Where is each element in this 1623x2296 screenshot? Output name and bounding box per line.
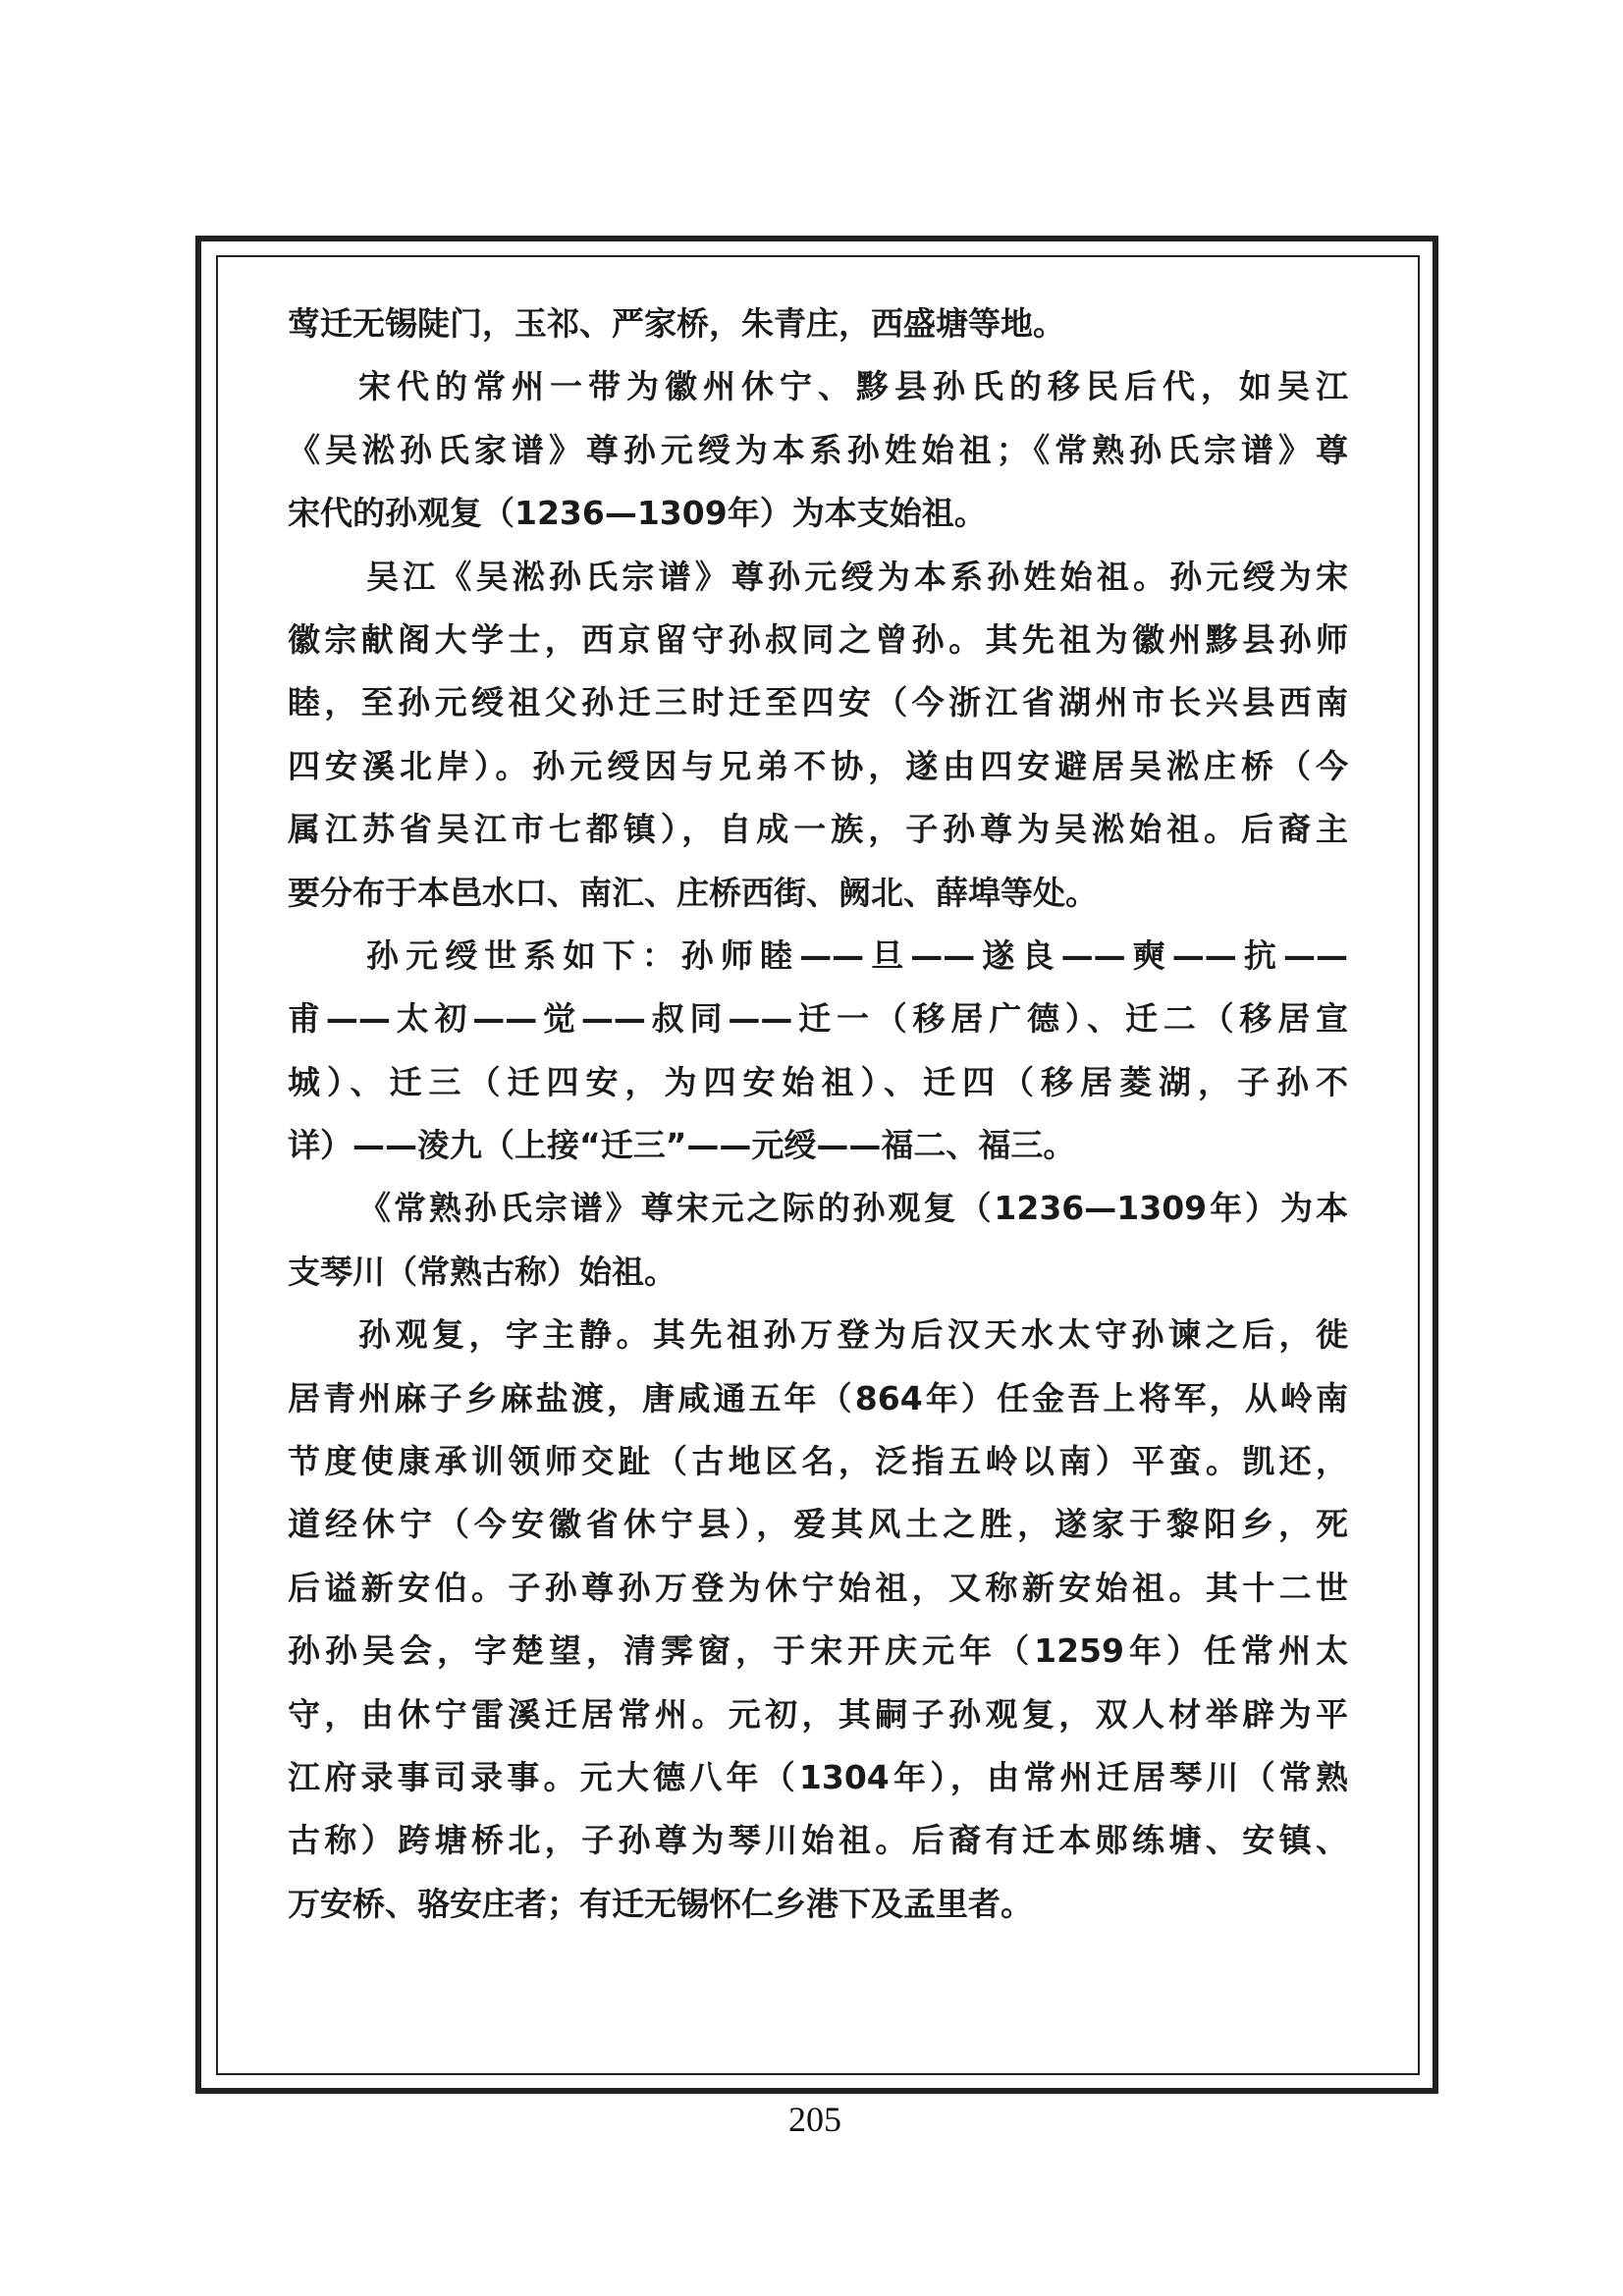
body-text: 莺迁无锡陡门，玉祁、严家桥，朱青庄，西盛塘等地。 宋代的常州一带为徽州休宁、黟县…: [288, 293, 1348, 1936]
text-line: 吴江《吴淞孙氏宗谱》尊孙元绶为本系孙姓始祖。孙元绶为宋: [288, 546, 1348, 609]
text-line: 宋代的孙观复（1236—1309年）为本支始祖。: [288, 482, 1348, 545]
text-line: 孙元绶世系如下：孙师睦——旦——遂良——奭——抗——: [288, 925, 1348, 988]
text-line: 支琴川（常熟古称）始祖。: [288, 1241, 1348, 1304]
text-line: 甫——太初——觉——叔同——迁一（移居广德）、迁二（移居宣: [288, 988, 1348, 1050]
text-line: 古称）跨塘桥北，子孙尊为琴川始祖。后裔有迁本郧练塘、安镇、: [288, 1809, 1348, 1872]
text-line: 《常熟孙氏宗谱》尊宋元之际的孙观复（1236—1309年）为本: [288, 1177, 1348, 1240]
text-line: 孙孙吴会，字楚望，清霁窗，于宋开庆元年（1259年）任常州太: [288, 1620, 1348, 1682]
text-line: 要分布于本邑水口、南汇、庄桥西街、阙北、薛埠等处。: [288, 862, 1348, 925]
text-line: 徽宗献阁大学士，西京留守孙叔同之曾孙。其先祖为徽州黟县孙师: [288, 609, 1348, 671]
text-line: 孙观复，字主静。其先祖孙万登为后汉天水太守孙谏之后，徙: [288, 1304, 1348, 1366]
text-line: 节度使康承训领师交趾（古地区名，泛指五岭以南）平蛮。凯还，: [288, 1430, 1348, 1493]
text-line: 属江苏省吴江市七都镇），自成一族，子孙尊为吴淞始祖。后裔主: [288, 798, 1348, 861]
text-line: 宋代的常州一带为徽州休宁、黟县孙氏的移民后代，如吴江: [288, 355, 1348, 418]
text-line: 道经休宁（今安徽省休宁县），爱其风土之胜，遂家于黎阳乡，死: [288, 1493, 1348, 1556]
text-line: 城）、迁三（迁四安，为四安始祖）、迁四（移居菱湖，子孙不: [288, 1051, 1348, 1114]
text-line: 万安桥、骆安庄者；有迁无锡怀仁乡港下及孟里者。: [288, 1873, 1348, 1936]
text-line: 后谥新安伯。子孙尊孙万登为休宁始祖，又称新安始祖。其十二世: [288, 1557, 1348, 1620]
text-line: 江府录事司录事。元大德八年（1304年），由常州迁居琴川（常熟: [288, 1746, 1348, 1809]
text-line: 莺迁无锡陡门，玉祁、严家桥，朱青庄，西盛塘等地。: [288, 293, 1348, 355]
text-line: 详）——淩九（上接“迁三”——元绶——福二、福三。: [288, 1114, 1348, 1177]
page-number: 205: [0, 2099, 1623, 2140]
text-line: 睦，至孙元绶祖父孙迁三时迁至四安（今浙江省湖州市长兴县西南: [288, 671, 1348, 734]
text-line: 守，由休宁雷溪迁居常州。元初，其嗣子孙观复，双人材举辟为平: [288, 1683, 1348, 1746]
text-line: 《吴淞孙氏家谱》尊孙元绶为本系孙姓始祖；《常熟孙氏宗谱》尊: [288, 419, 1348, 482]
text-line: 居青州麻子乡麻盐渡，唐咸通五年（864年）任金吾上将军，从岭南: [288, 1367, 1348, 1430]
text-line: 四安溪北岸）。孙元绶因与兄弟不协，遂由四安避居吴淞庄桥（今: [288, 735, 1348, 798]
